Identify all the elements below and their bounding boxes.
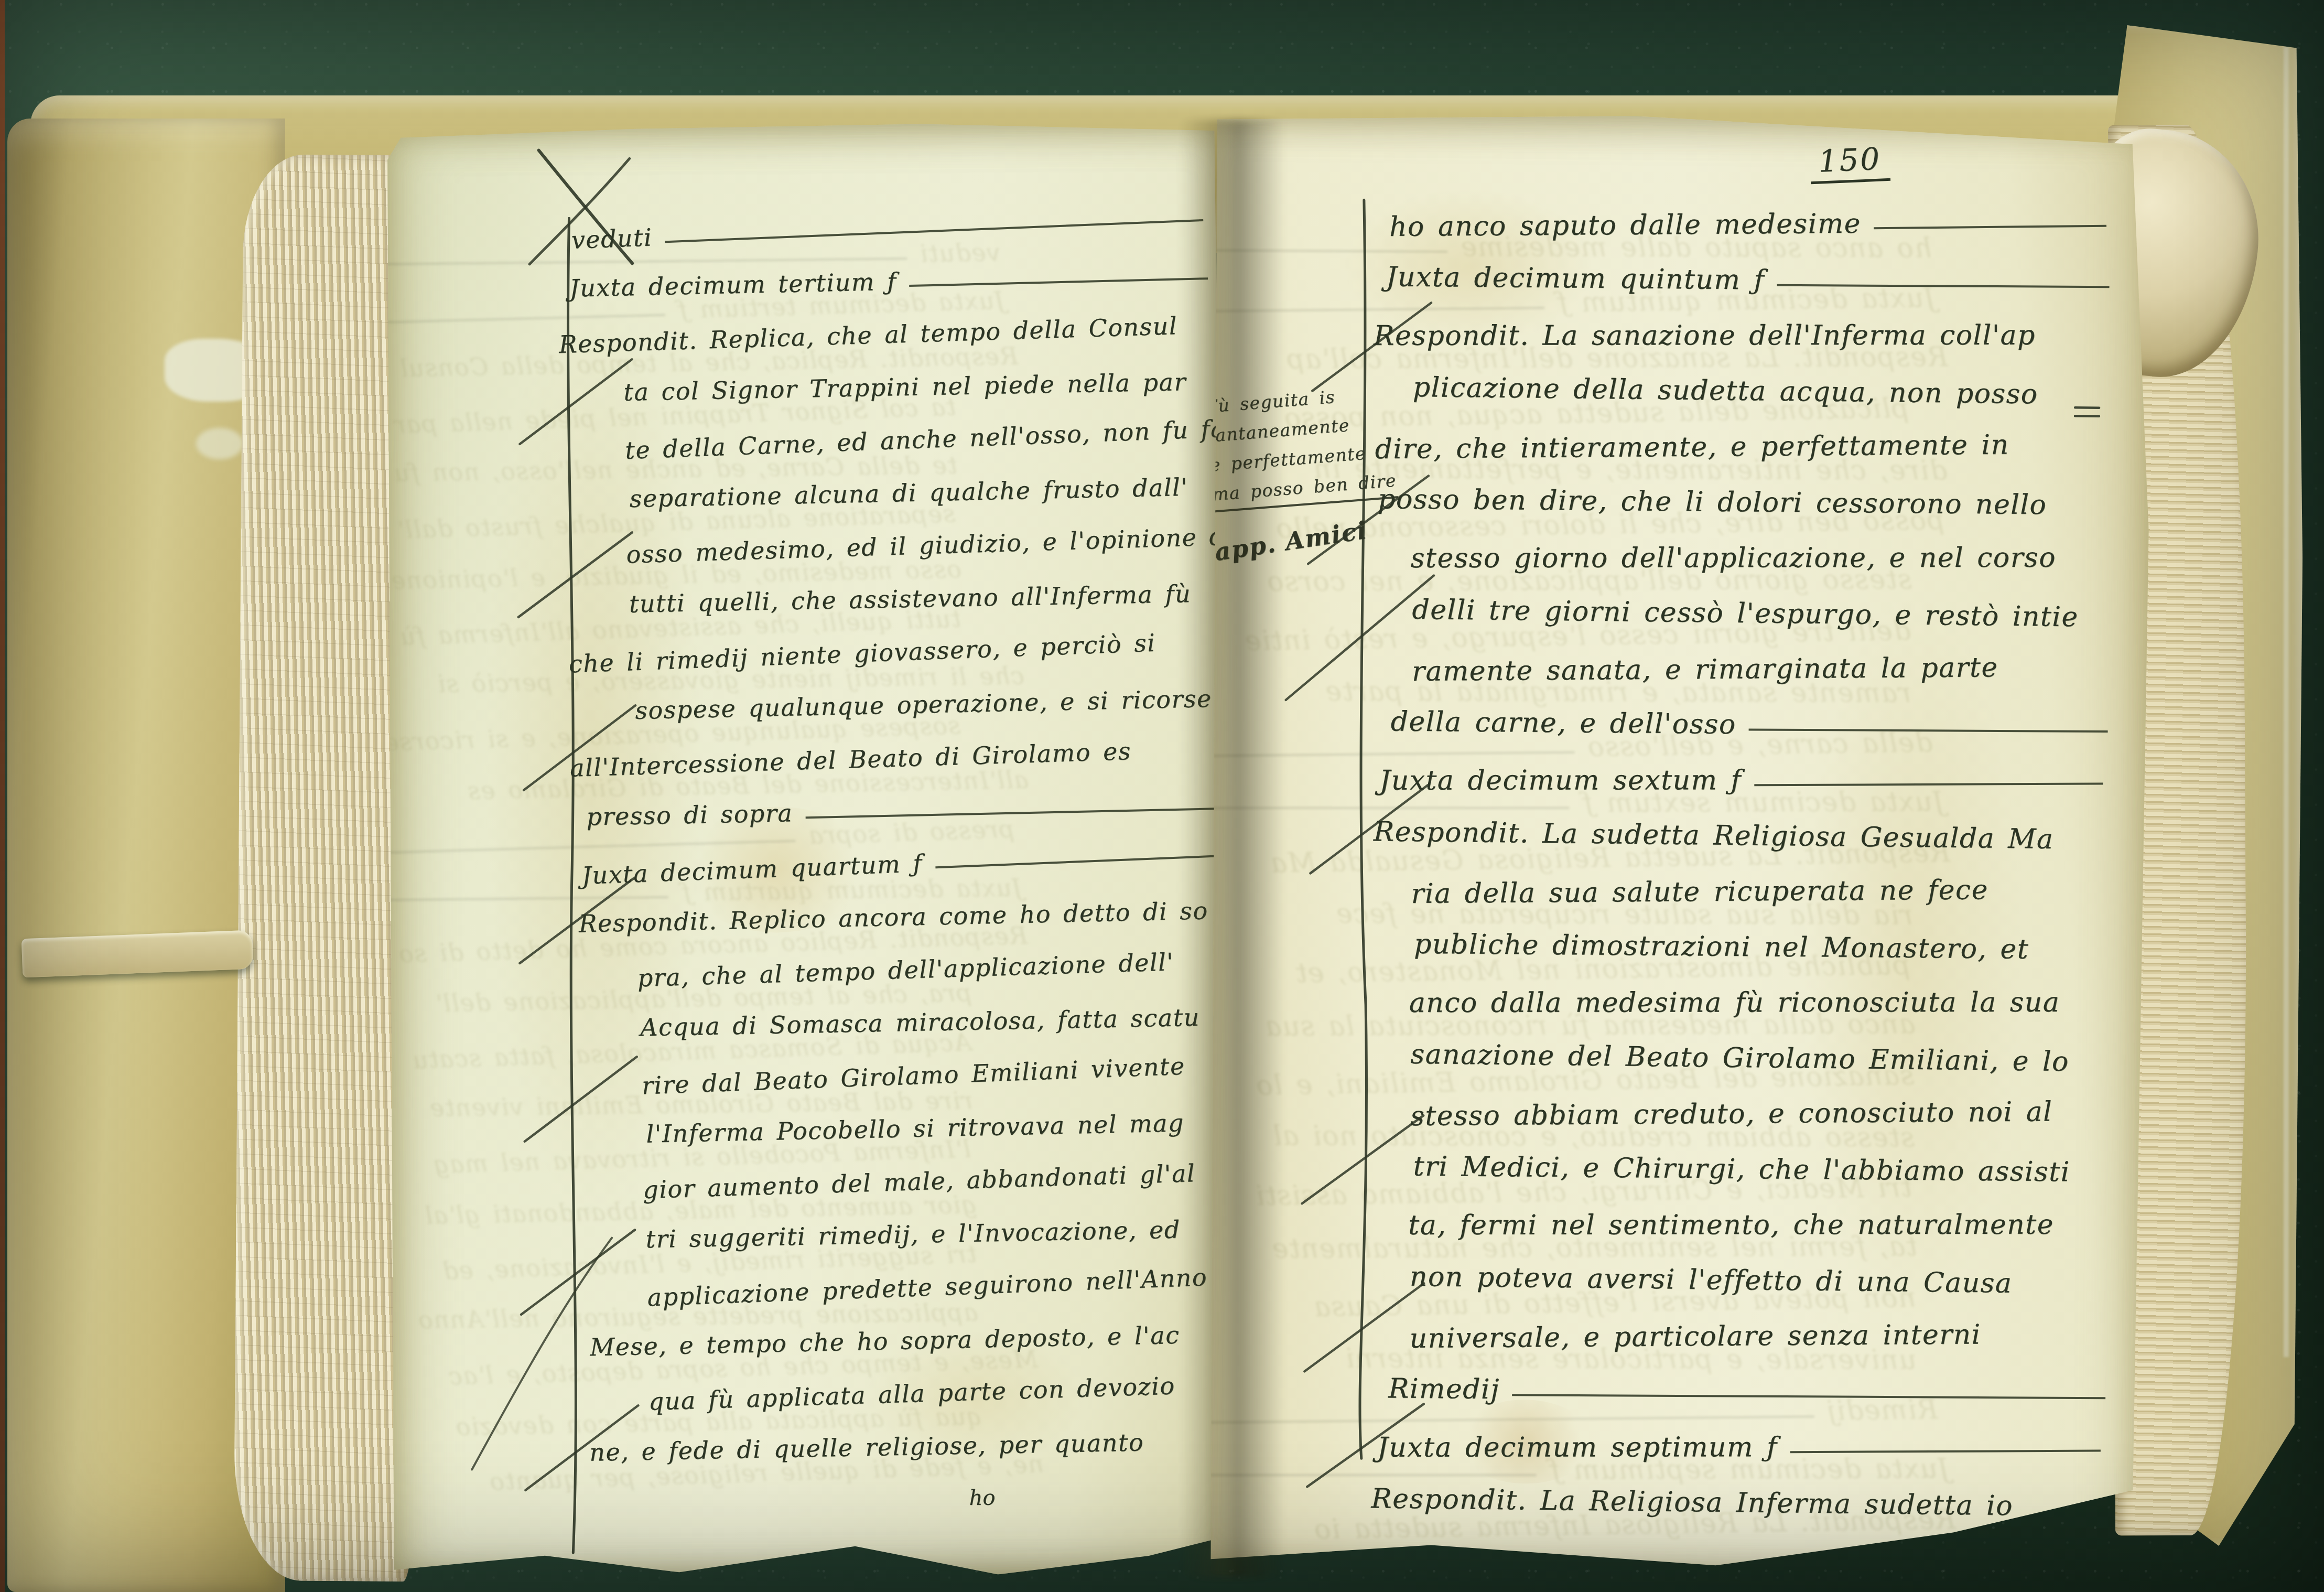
filler-rule: [665, 219, 1203, 242]
manuscript-line: Juxta decimum quintum ƒ: [1386, 249, 2110, 311]
manuscript-line: stesso giorno dell'applicazione, e nel c…: [1411, 530, 2104, 586]
manuscript-line: delli tre giorni cessò l'espurgo, e rest…: [1412, 582, 2105, 646]
manuscript-line: tri Medici, e Chirurgi, che l'abbiamo as…: [1413, 1139, 2106, 1201]
filler-rule: [1754, 782, 2103, 786]
left-page: vedutiJuxta decimum tertium ƒRespondit. …: [384, 122, 1233, 1584]
manuscript-line: stesso abbiam creduto, e conosciuto noi …: [1410, 1084, 2104, 1144]
filler-rule: [805, 808, 1218, 819]
filler-rule: [910, 277, 1208, 287]
filler-rule: [935, 855, 1220, 868]
margin-note-signature: app. Amici: [1213, 516, 1369, 567]
catchword: ho: [969, 1486, 995, 1510]
manuscript-line: publiche dimostrazioni nel Monastero, et: [1414, 917, 2107, 978]
manuscript-line: Juxta decimum sextum ƒ: [1379, 752, 2103, 809]
manuscript-line: Juxta decimum septimum ƒ: [1377, 1419, 2101, 1476]
manuscript-line: ria della sua salute ricuperata ne fece: [1411, 862, 2104, 922]
manuscript-line: Rimedij: [1388, 1361, 2106, 1423]
manuscript-line: Respondit. La sanazione dell'Inferma col…: [1374, 308, 2104, 364]
manuscript-line: sanazione del Beato Girolamo Emiliani, e…: [1410, 1027, 2104, 1090]
scan-edge-artifact: [0, 0, 5, 1592]
cover-worn-patch: [196, 428, 243, 459]
margin-note: Fù seguita istantaneamentee perfettament…: [1204, 379, 1386, 513]
filler-rule: [1874, 225, 2106, 230]
right-page: ho anco saputo dalle medesimeJuxta decim…: [1194, 112, 2157, 1587]
filler-rule: [1790, 1450, 2101, 1454]
manuscript-line: ramente sanata, e rimarginata la parte: [1412, 639, 2105, 700]
manuscript-line: ho anco saputo dalle medesime: [1389, 194, 2107, 255]
manuscript-line: anco dalla medesima fù riconosciuta la s…: [1409, 975, 2102, 1031]
manuscript-line: ta, fermi nel sentimento, che naturalmen…: [1408, 1197, 2101, 1253]
manuscript-scan: vedutiJuxta decimum tertium ƒRespondit. …: [0, 0, 2324, 1592]
manuscript-line: posso ben dire, che li dolori cessorono …: [1378, 471, 2109, 533]
page-number: 150: [1809, 141, 1890, 184]
manuscript-line: dire, che intieramente, e perfettamente …: [1375, 416, 2106, 477]
manuscript-line: non poteva aversi l'effetto di una Causa: [1409, 1249, 2103, 1313]
filler-rule: [1512, 1394, 2106, 1399]
manuscript-line: Respondit. La Religiosa Inferma sudetta …: [1371, 1471, 2102, 1535]
manuscript-line: della carne, e dell'osso: [1390, 694, 2108, 756]
manuscript-line: Respondit. La sudetta Religiosa Gesualda…: [1373, 804, 2104, 868]
filler-rule: [1777, 284, 2110, 288]
filler-rule: [1749, 728, 2108, 733]
manuscript-line: plicazione della sudetta acqua, non poss…: [1412, 360, 2106, 423]
manuscript-line: universale, e particolare senza interni: [1409, 1306, 2103, 1367]
manuscript-line: ne, e fede di quelle religiose, per quan…: [589, 1414, 1236, 1479]
